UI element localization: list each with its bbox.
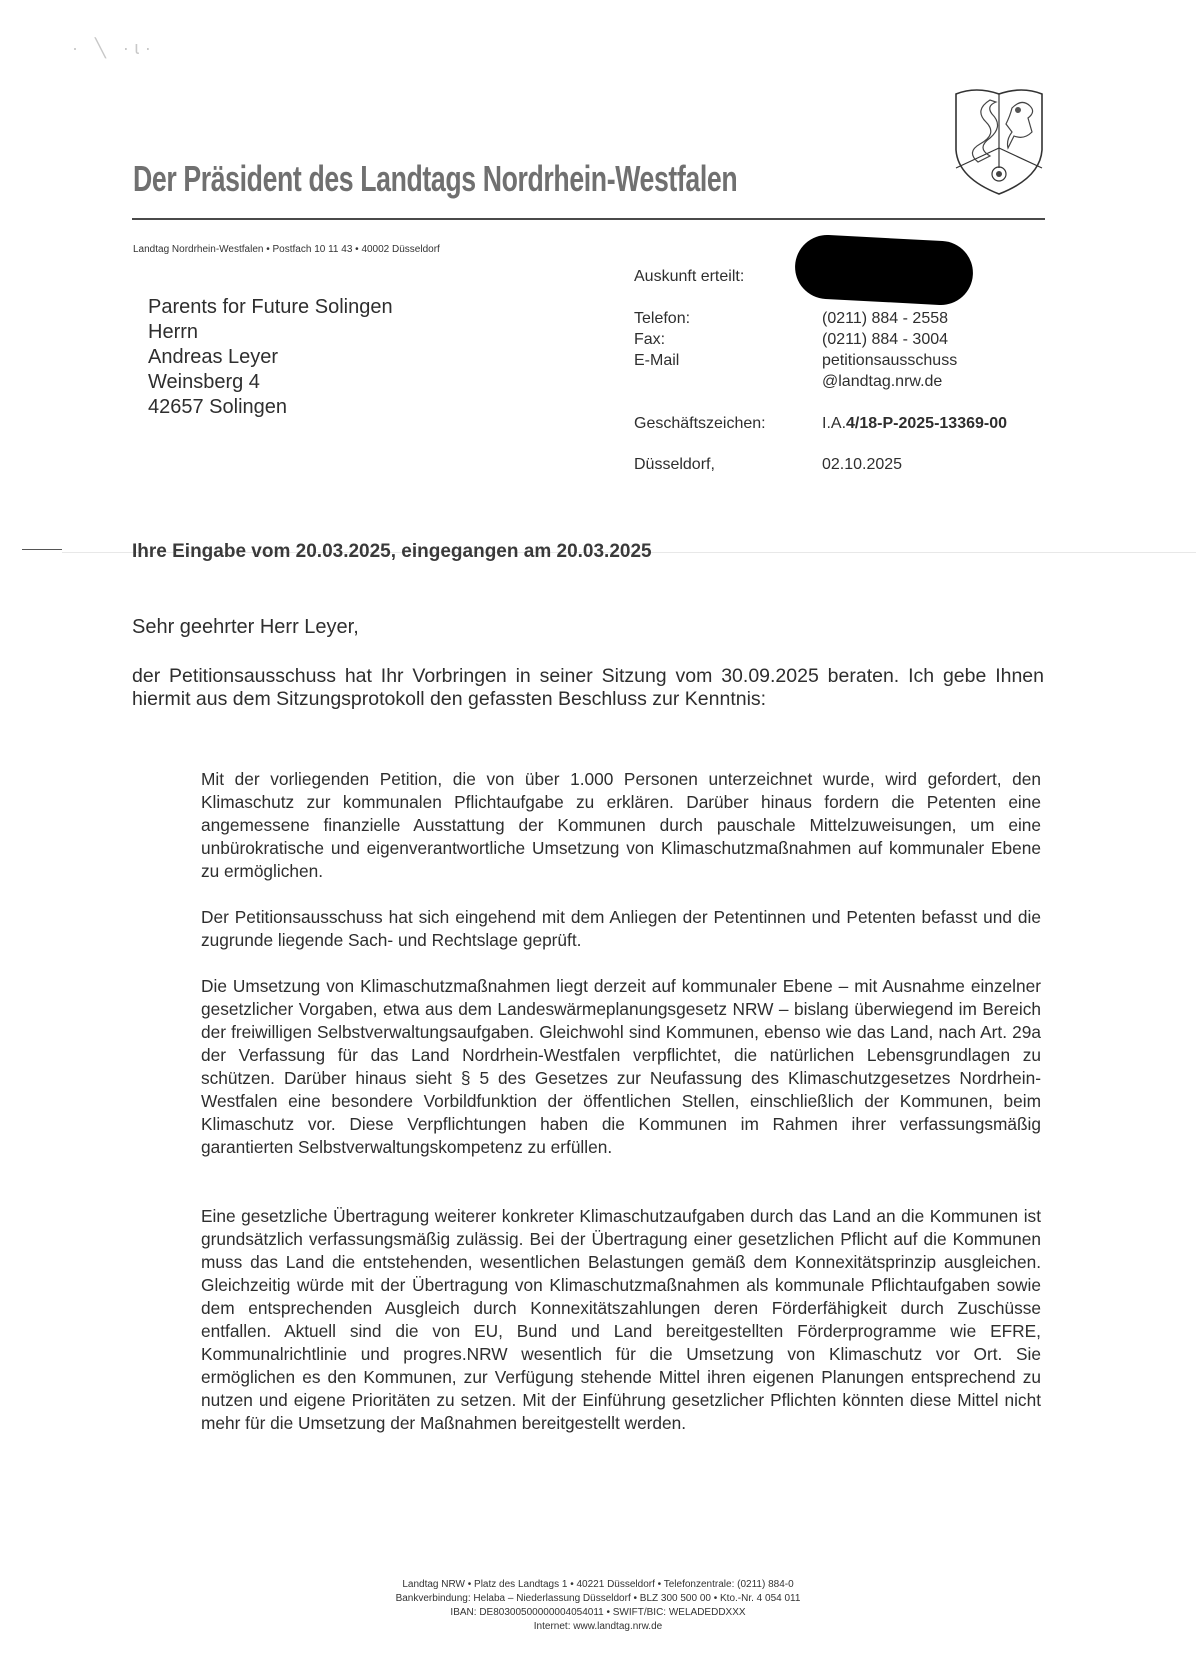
fold-mark (22, 549, 62, 550)
contact-label: Auskunft erteilt: (634, 266, 744, 287)
letterhead-title: Der Präsident des Landtags Nordrhein-Wes… (133, 158, 737, 200)
email-value-line1: petitionsausschuss (822, 350, 957, 371)
recipient-name: Andreas Leyer (148, 345, 393, 370)
intro-paragraph: der Petitionsausschuss hat Ihr Vorbringe… (132, 665, 1044, 711)
scan-artifact: · ╲ ·ɩ· (72, 38, 157, 59)
place-label: Düsseldorf, (634, 454, 715, 475)
footer-website: Internet: www.landtag.nrw.de (0, 1620, 1196, 1634)
reference-label: Geschäftszeichen: (634, 413, 766, 434)
decision-paragraph: Die Umsetzung von Klimaschutzmaßnahmen l… (201, 975, 1041, 1159)
redacted-contact-name (793, 233, 974, 306)
email-value-line2: @landtag.nrw.de (822, 371, 942, 392)
reference-prefix: I.A. (822, 415, 846, 432)
recipient-city: 42657 Solingen (148, 395, 393, 420)
decision-paragraph-text: Die Umsetzung von Klimaschutzmaßnahmen l… (201, 975, 1041, 1159)
recipient-organization: Parents for Future Solingen (148, 295, 393, 320)
nrw-coat-of-arms-icon (952, 88, 1046, 196)
phone-label: Telefon: (634, 308, 690, 329)
letter-date: 02.10.2025 (822, 454, 902, 475)
footer-iban: IBAN: DE80300500000004054011 • SWIFT/BIC… (0, 1606, 1196, 1620)
salutation: Sehr geehrter Herr Leyer, (132, 616, 359, 639)
reference-number: I.A.4/18-P-2025-13369-00 (822, 413, 1007, 434)
recipient-street: Weinsberg 4 (148, 370, 393, 395)
decision-paragraph: Eine gesetzliche Übertragung weiterer ko… (201, 1205, 1041, 1435)
decision-paragraph: Mit der vorliegenden Petition, die von ü… (201, 768, 1041, 883)
decision-paragraph: Der Petitionsausschuss hat sich eingehen… (201, 906, 1041, 952)
email-label: E-Mail (634, 350, 679, 371)
decision-paragraph-text: Mit der vorliegenden Petition, die von ü… (201, 768, 1041, 883)
decision-paragraph-text: Der Petitionsausschuss hat sich eingehen… (201, 906, 1041, 952)
subject-line: Ihre Eingabe vom 20.03.2025, eingegangen… (132, 541, 652, 563)
footer-address: Landtag NRW • Platz des Landtags 1 • 402… (0, 1578, 1196, 1592)
sender-return-address: Landtag Nordrhein-Westfalen • Postfach 1… (133, 244, 440, 255)
phone-value: (0211) 884 - 2558 (822, 308, 948, 329)
fax-label: Fax: (634, 329, 665, 350)
recipient-salutation-line: Herrn (148, 320, 393, 345)
recipient-address: Parents for Future Solingen Herrn Andrea… (148, 295, 393, 420)
decision-paragraph-text: Eine gesetzliche Übertragung weiterer ko… (201, 1205, 1041, 1435)
letter-footer: Landtag NRW • Platz des Landtags 1 • 402… (0, 1578, 1196, 1634)
header-divider (132, 218, 1045, 220)
footer-bank: Bankverbindung: Helaba – Niederlassung D… (0, 1592, 1196, 1606)
reference-code: 4/18-P-2025-13369-00 (846, 415, 1007, 432)
fax-value: (0211) 884 - 3004 (822, 329, 948, 350)
